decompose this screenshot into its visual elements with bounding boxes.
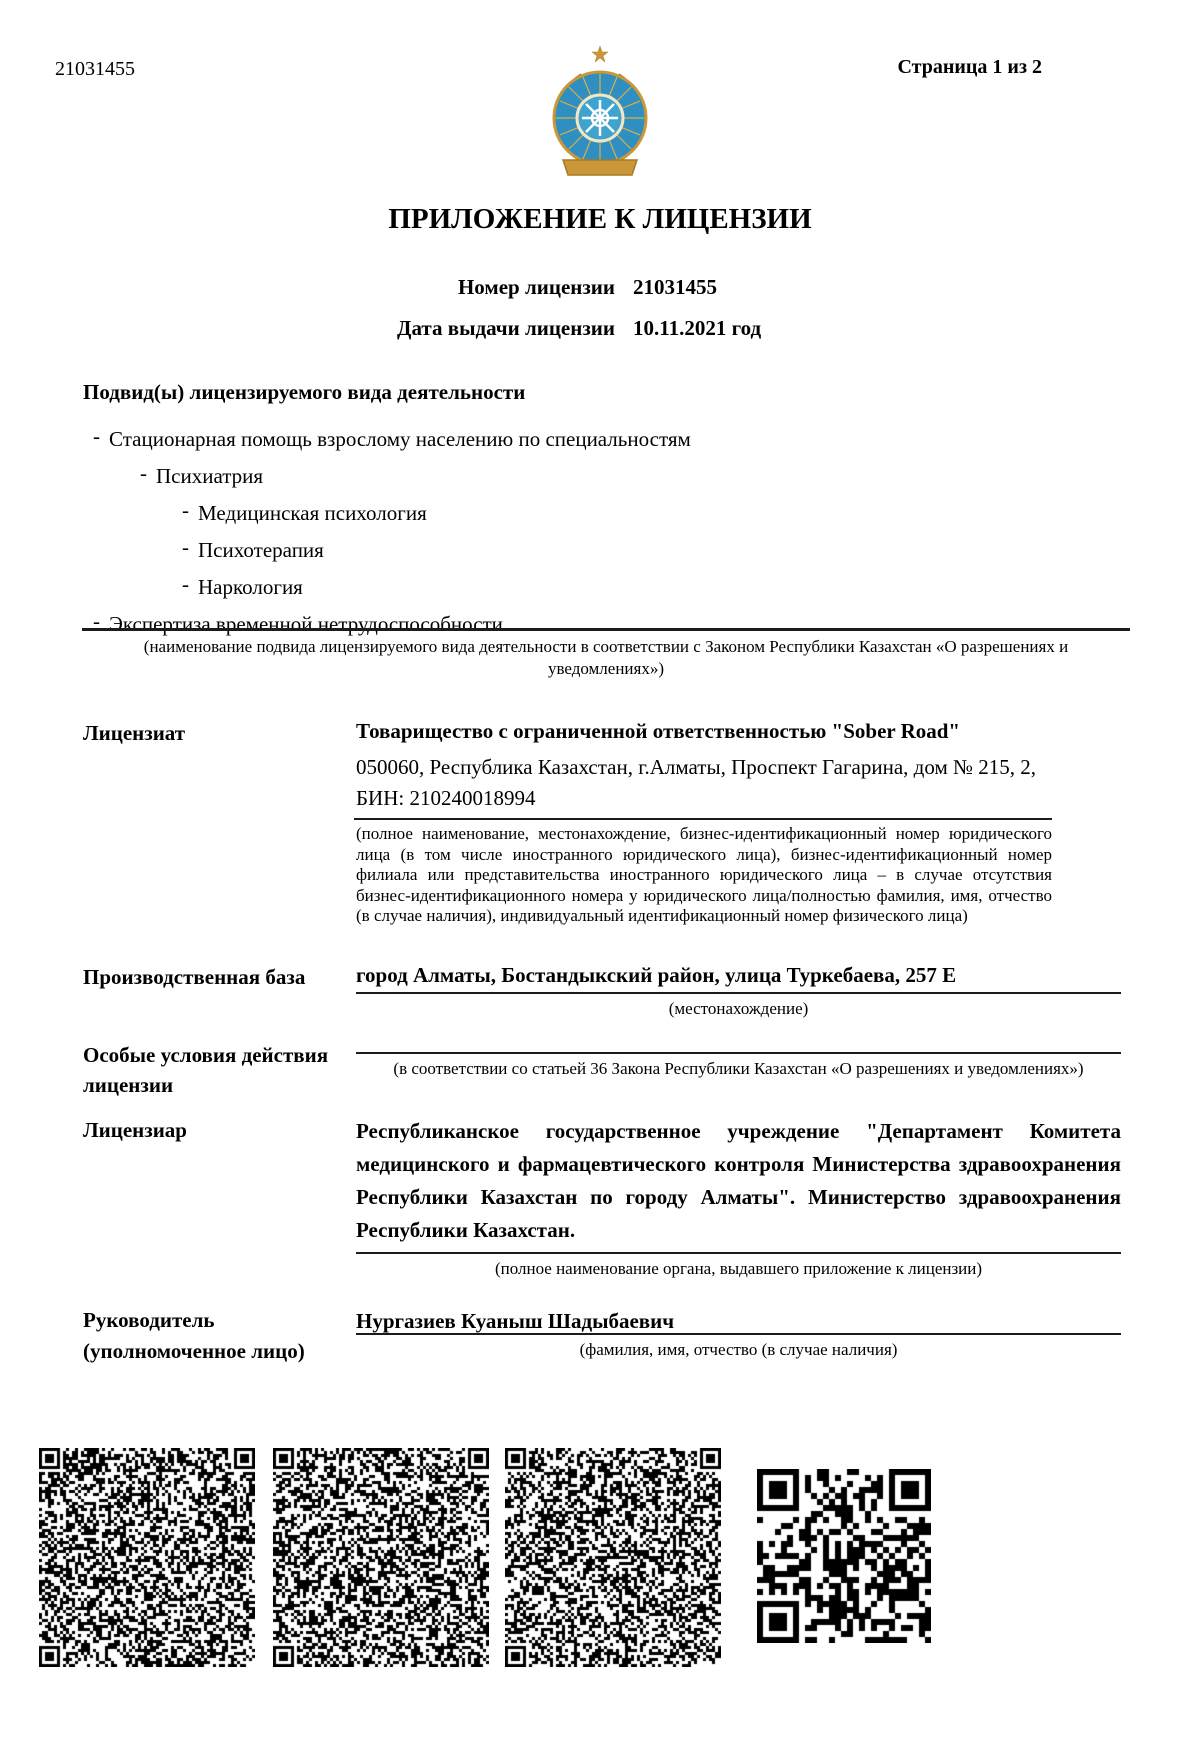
license-meta: Номер лицензии 21031455 Дата выдачи лице… [334,274,761,356]
subtype-item-label: Психиатрия [156,464,263,488]
licensee-label: Лицензиат [83,718,351,748]
license-number-row: Номер лицензии 21031455 [334,274,761,301]
subtype-item: -Наркология [83,573,1133,598]
licensor-divider [356,1252,1121,1254]
licensee-address: 050060, Республика Казахстан, г.Алматы, … [356,752,1056,814]
subtype-item-label: Экспертиза временной нетрудоспособности [109,612,503,636]
barcode-1 [39,1448,255,1667]
subtype-item-label: Наркология [198,575,303,599]
kazakhstan-coat-of-arms-icon [535,44,665,178]
doc-number: 21031455 [55,58,135,81]
head-official-divider [356,1333,1121,1335]
licensor-label: Лицензиар [83,1115,351,1145]
qr-code [757,1469,931,1643]
emblem-star-icon [592,46,608,62]
subtype-item: -Психиатрия [83,462,1133,487]
subtypes-list: -Стационарная помощь взрослому населению… [83,425,1133,647]
subtype-item-label: Психотерапия [198,538,324,562]
subtype-item: -Психотерапия [83,536,1133,561]
subtypes-footnote: (наименование подвида лицензируемого вид… [106,636,1106,680]
head-official-footnote: (фамилия, имя, отчество (в случае наличи… [356,1339,1121,1361]
dash-bullet-icon: - [182,573,189,595]
barcode-3 [505,1448,721,1667]
subtypes-heading: Подвид(ы) лицензируемого вида деятельнос… [83,380,525,405]
license-appendix-document: 21031455 Страница 1 из 2 ПРИЛОЖЕНИЕ К ЛИ… [0,0,1200,1745]
license-number-value: 21031455 [633,274,717,301]
page-indicator: Страница 1 из 2 [897,56,1042,79]
license-date-label: Дата выдачи лицензии [334,315,615,342]
special-conditions-divider [356,1052,1121,1054]
emblem-shanyrak-icon [582,100,618,136]
subtype-item-label: Медицинская психология [198,501,427,525]
license-date-value: 10.11.2021 год [633,315,761,342]
special-conditions-footnote: (в соответствии со статьей 36 Закона Рес… [356,1058,1121,1080]
license-date-row: Дата выдачи лицензии 10.11.2021 год [334,315,761,342]
production-base-footnote: (местонахождение) [356,998,1121,1020]
subtype-item: -Экспертиза временной нетрудоспособности [83,610,1133,635]
dash-bullet-icon: - [182,499,189,521]
subtypes-divider [82,628,1130,631]
dash-bullet-icon: - [182,536,189,558]
production-base-label: Производственная база [83,962,351,992]
head-official-label: Руководитель (уполномоченное лицо) [83,1305,351,1367]
production-base-divider [356,992,1121,994]
licensee-name: Товарищество с ограниченной ответственно… [356,718,1121,745]
subtype-item: -Медицинская психология [83,499,1133,524]
barcode-2 [273,1448,489,1667]
head-official-name: Нургазиев Куаныш Шадыбаевич [356,1308,1121,1335]
subtype-item-label: Стационарная помощь взрослому населению … [109,427,691,451]
production-base-value: город Алматы, Бостандыкский район, улица… [356,962,1121,989]
dash-bullet-icon: - [140,462,147,484]
licensor-value: Республиканское государственное учрежден… [356,1115,1121,1247]
special-conditions-label: Особые условия действия лицензии [83,1040,351,1100]
license-number-label: Номер лицензии [334,274,615,301]
subtype-item: -Стационарная помощь взрослому населению… [83,425,1133,450]
dash-bullet-icon: - [93,425,100,447]
licensor-footnote: (полное наименование органа, выдавшего п… [356,1258,1121,1280]
licensee-footnote: (полное наименование, местонахождение, б… [356,824,1052,927]
emblem-banner-icon [563,160,637,175]
page-title: ПРИЛОЖЕНИЕ К ЛИЦЕНЗИИ [0,203,1200,236]
licensee-divider [354,818,1052,820]
